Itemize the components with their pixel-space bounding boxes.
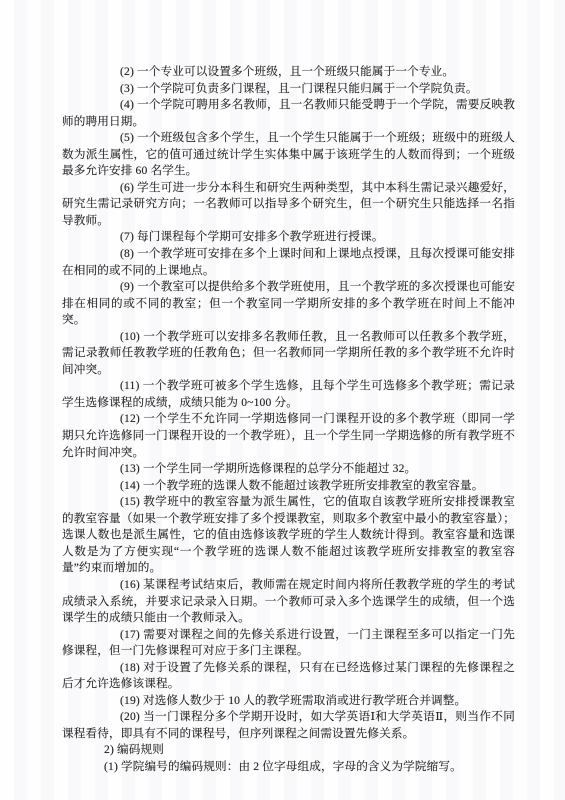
section-heading-coding-rules: 2) 编码规则 xyxy=(62,742,515,759)
requirement-item-7: (7) 每门课程每个学期可安排多个教学班进行授课。 xyxy=(62,229,515,246)
requirements-text-block: (2) 一个专业可以设置多个班级，且一个班级只能属于一个专业。 (3) 一个学院… xyxy=(62,64,515,776)
requirement-item-10: (10) 一个教学班可以安排多名教师任教，且一名教师可以任教多个教学班，需记录教… xyxy=(62,329,515,379)
requirement-item-19: (19) 对选修人数少于 10 人的教学班需取消或进行教学班合并调整。 xyxy=(62,693,515,710)
requirement-item-16: (16) 某课程考试结束后，教师需在规定时间内将所任教教学班的学生的考试成绩录入… xyxy=(62,577,515,627)
requirement-item-4: (4) 一个学院可聘用多名教师，且一名教师只能受聘于一个学院，需要反映教师的聘用… xyxy=(62,97,515,130)
requirement-item-6: (6) 学生可进一步分本科生和研究生两种类型，其中本科生需记录兴趣爱好，研究生需… xyxy=(62,180,515,230)
requirement-item-3: (3) 一个学院可负责多门课程，且一门课程只能归属于一个学院负责。 xyxy=(62,81,515,98)
requirement-item-17: (17) 需要对课程之间的先修关系进行设置，一门主课程至多可以指定一门先修课程，… xyxy=(62,627,515,660)
requirement-item-8: (8) 一个教学班可安排在多个上课时间和上课地点授课，且每次授课可能安排在相同的… xyxy=(62,246,515,279)
scanned-document-page: (2) 一个专业可以设置多个班级，且一个班级只能属于一个专业。 (3) 一个学院… xyxy=(0,0,565,800)
requirement-item-12: (12) 一个学生不允许同一学期选修同一门课程开设的多个教学班（即同一学期只允许… xyxy=(62,411,515,461)
requirement-item-20: (20) 当一门课程分多个学期开设时，如大学英语Ⅰ和大学英语Ⅱ，则当作不同课程看… xyxy=(62,709,515,742)
requirement-item-9: (9) 一个教室可以提供给多个教学班使用，且一个教学班的多次授课也可能安排在相同… xyxy=(62,279,515,329)
requirement-item-15: (15) 教学班中的教室容量为派生属性，它的值取自该教学班所安排授课教室的教室容… xyxy=(62,494,515,577)
coding-rule-item-1: (1) 学院编号的编码规则：由 2 位字母组成，字母的含义为学院缩写。 xyxy=(62,759,515,776)
requirement-item-5: (5) 一个班级包含多个学生，且一个学生只能属于一个班级；班级中的班级人数为派生… xyxy=(62,130,515,180)
requirement-item-14: (14) 一个教学班的选课人数不能超过该教学班所安排教室的教室容量。 xyxy=(62,478,515,495)
requirement-item-11: (11) 一个教学班可被多个学生选修，且每个学生可选修多个教学班；需记录学生选修… xyxy=(62,378,515,411)
requirement-item-18: (18) 对于设置了先修关系的课程，只有在已经选修过某门课程的先修课程之后才允许… xyxy=(62,660,515,693)
requirement-item-13: (13) 一个学生同一学期所选修课程的总学分不能超过 32。 xyxy=(62,461,515,478)
requirement-item-2: (2) 一个专业可以设置多个班级，且一个班级只能属于一个专业。 xyxy=(62,64,515,81)
